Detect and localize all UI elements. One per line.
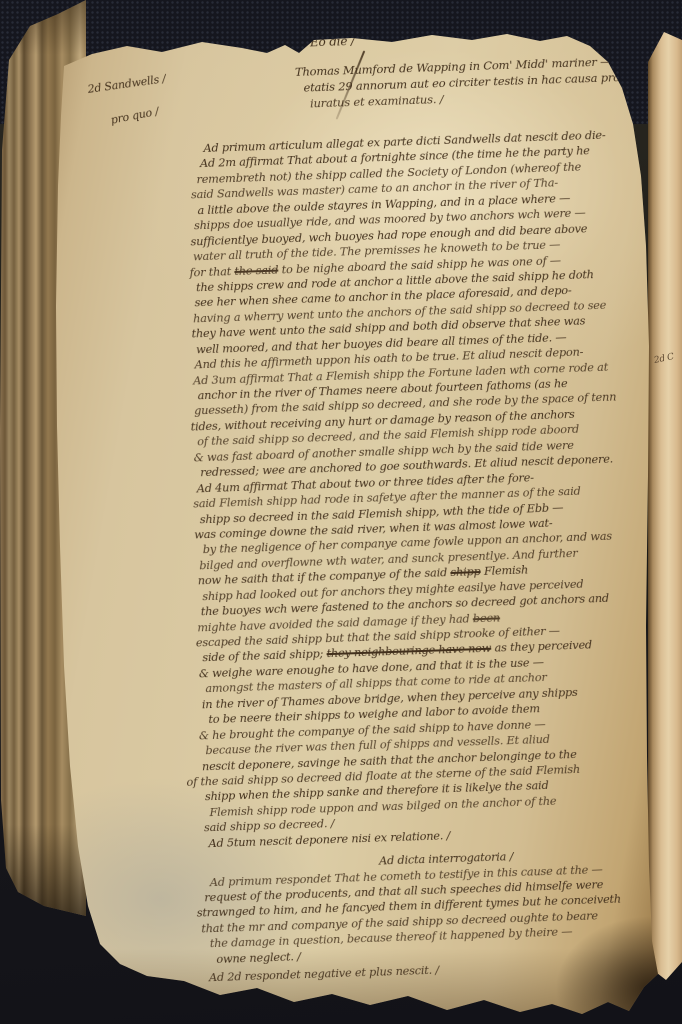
manuscript-photograph: 2d C Eo die / Thomas Mumford de Wapping … (0, 0, 682, 1024)
script-text: said shipp so decreed. / (204, 817, 335, 834)
margin-paraph: pro quo / (110, 105, 160, 127)
deposition-body: Ad primum articulum allegat ex parte dic… (179, 126, 682, 986)
struck-out-text: the said (234, 263, 278, 277)
struck-out-text: shipp (450, 565, 481, 579)
script-text: Flemish (480, 564, 528, 579)
manuscript-page: Eo die / Thomas Mumford de Wapping in Co… (52, 26, 658, 1018)
script-text: Ad 2d respondet negative et plus nescit.… (209, 964, 439, 985)
facing-page-edge: 2d C (648, 32, 682, 980)
script-text: for that (189, 265, 234, 279)
facing-page-note: 2d C (653, 352, 675, 366)
script-text: as they perceived (491, 639, 592, 655)
script-text: iuratus et examinatus. / (310, 92, 444, 110)
script-text: owne neglect. / (216, 950, 301, 966)
handwritten-text-layer: Eo die / Thomas Mumford de Wapping in Co… (47, 8, 682, 1020)
margin-note-sandwells: 2d Sandwells / (87, 72, 167, 96)
deponent-preamble: Thomas Mumford de Wapping in Com' Midd' … (295, 52, 656, 112)
struck-out-text: been (473, 611, 501, 625)
